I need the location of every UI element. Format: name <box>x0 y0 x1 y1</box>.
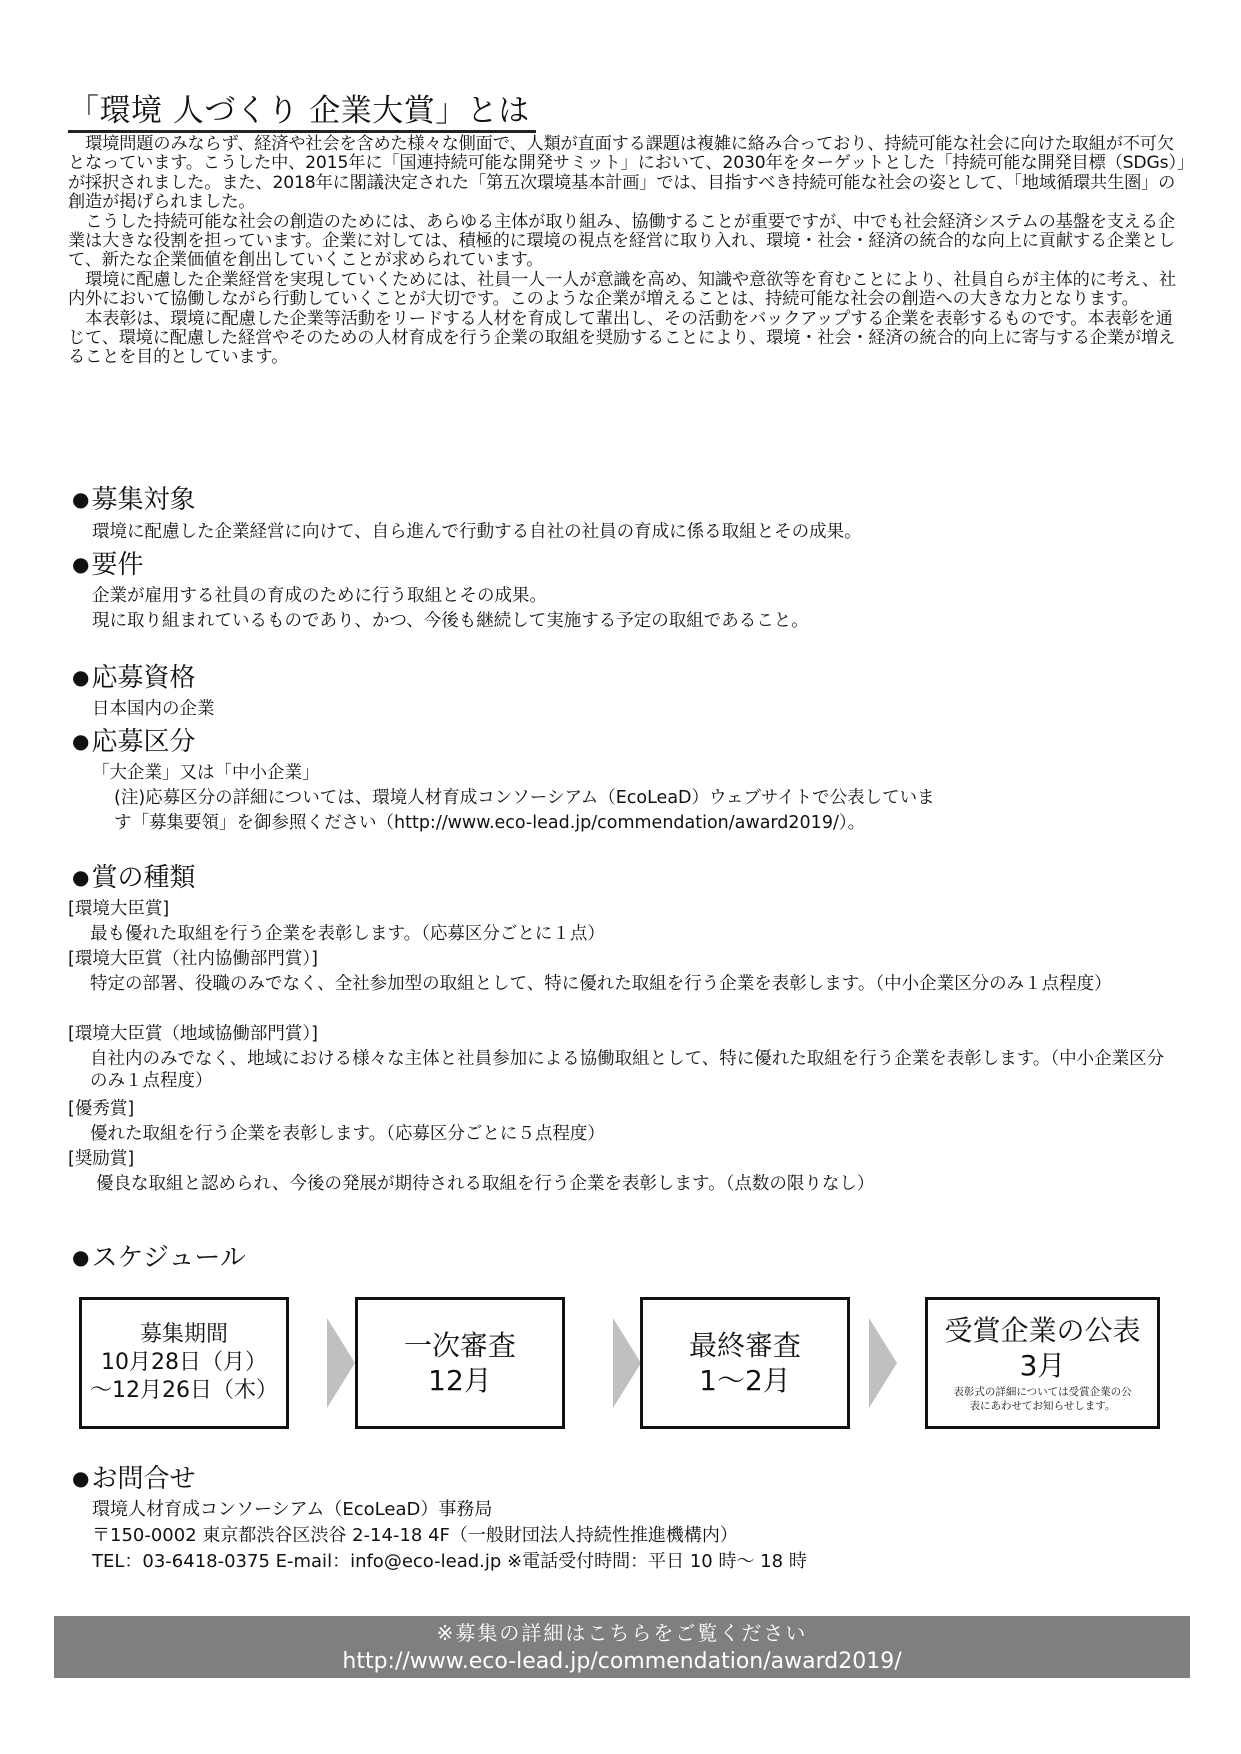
section-heading-awards: ●賞の種類 <box>72 862 195 893</box>
footer-note: ※募集の詳細はこちらをご覧ください <box>54 1619 1190 1647</box>
bullet-icon: ● <box>72 665 89 689</box>
section-heading-category: ●応募区分 <box>72 726 195 757</box>
category-text: 「大企業」又は「中小企業」 <box>92 762 320 784</box>
section-heading-requirements: ●要件 <box>72 549 143 580</box>
bullet-icon: ● <box>72 1466 89 1490</box>
section-heading-target: ●募集対象 <box>72 484 195 515</box>
category-note: (注)応募区分の詳細については、環境人材育成コンソーシアム（EcoLeaD）ウェ… <box>114 787 935 809</box>
intro-paragraph: 環境に配慮した企業経営を実現していくためには、社員一人一人が意識を高め、知識や意… <box>68 271 1188 310</box>
bullet-icon: ● <box>72 1245 89 1269</box>
award-label: [環境大臣賞（地域協働部門賞）] <box>68 1023 318 1045</box>
requirement-line: 企業が雇用する社員の育成のために行う取組とその成果。 <box>92 585 547 607</box>
award-description: 特定の部署、役職のみでなく、全社参加型の取組として、特に優れた取組を行う企業を表… <box>90 973 1170 995</box>
schedule-step-application: 募集期間 10月28日（月） ～12月26日（木） <box>79 1297 289 1429</box>
section-heading-contact: ●お問合せ <box>72 1463 195 1494</box>
bullet-icon: ● <box>72 487 89 511</box>
award-label: [優秀賞] <box>68 1098 134 1120</box>
category-note-link[interactable]: す「募集要領」を御参照ください（http://www.eco-lead.jp/c… <box>114 812 865 834</box>
schedule-step-first-review: 一次審査 12月 <box>355 1297 565 1429</box>
award-description: 自社内のみでなく、地域における様々な主体と社員参加による協働取組として、特に優れ… <box>90 1048 1170 1092</box>
award-label: [環境大臣賞（社内協働部門賞）] <box>68 948 318 970</box>
award-label: [奨励賞] <box>68 1148 134 1170</box>
bullet-icon: ● <box>72 552 89 576</box>
chevron-right-icon <box>869 1318 897 1408</box>
chevron-right-icon <box>327 1318 355 1408</box>
requirement-line: 現に取り組まれているものであり、かつ、今後も継続して実施する予定の取組であること… <box>92 610 809 632</box>
section-heading-schedule: ●スケジュール <box>72 1242 246 1273</box>
contact-organization: 環境人材育成コンソーシアム（EcoLeaD）事務局 <box>92 1498 492 1522</box>
intro-text: 環境問題のみならず、経済や社会を含めた様々な側面で、人類が直面する課題は複雑に絡… <box>68 135 1188 368</box>
award-description: 優れた取組を行う企業を表彰します。（応募区分ごとに５点程度） <box>90 1123 1170 1145</box>
award-label: [環境大臣賞] <box>68 898 169 920</box>
contact-phone-email[interactable]: TEL：03-6418-0375 E-mail：info@eco-lead.jp… <box>92 1550 807 1574</box>
page-title: 「環境 人づくり 企業大賞」とは <box>68 92 536 133</box>
schedule-step-final-review: 最終審査 1～2月 <box>640 1297 850 1429</box>
section-heading-eligibility: ●応募資格 <box>72 662 195 693</box>
contact-address: 〒150-0002 東京都渋谷区渋谷 2-14-18 4F（一般財団法人持続性推… <box>92 1524 738 1548</box>
schedule-step-announcement: 受賞企業の公表 3月 表彰式の詳細については受賞企業の公 表にあわせてお知らせし… <box>925 1297 1160 1429</box>
footer-banner: ※募集の詳細はこちらをご覧ください http://www.eco-lead.jp… <box>54 1616 1190 1678</box>
award-description: 優良な取組と認められ、今後の発展が期待される取組を行う企業を表彰します。（点数の… <box>96 1173 1176 1195</box>
target-text: 環境に配慮した企業経営に向けて、自ら進んで行動する自社の社員の育成に係る取組とそ… <box>92 521 862 543</box>
intro-paragraph: 本表彰は、環境に配慮した企業等活動をリードする人材を育成して輩出し、その活動をバ… <box>68 310 1188 368</box>
eligibility-text: 日本国内の企業 <box>92 698 215 720</box>
bullet-icon: ● <box>72 865 89 889</box>
award-description: 最も優れた取組を行う企業を表彰します。（応募区分ごとに１点） <box>90 923 1170 945</box>
intro-paragraph: こうした持続可能な社会の創造のためには、あらゆる主体が取り組み、協働することが重… <box>68 213 1188 271</box>
intro-paragraph: 環境問題のみならず、経済や社会を含めた様々な側面で、人類が直面する課題は複雑に絡… <box>68 135 1188 213</box>
footer-url-link[interactable]: http://www.eco-lead.jp/commendation/awar… <box>54 1647 1190 1677</box>
chevron-right-icon <box>613 1318 641 1408</box>
bullet-icon: ● <box>72 729 89 753</box>
